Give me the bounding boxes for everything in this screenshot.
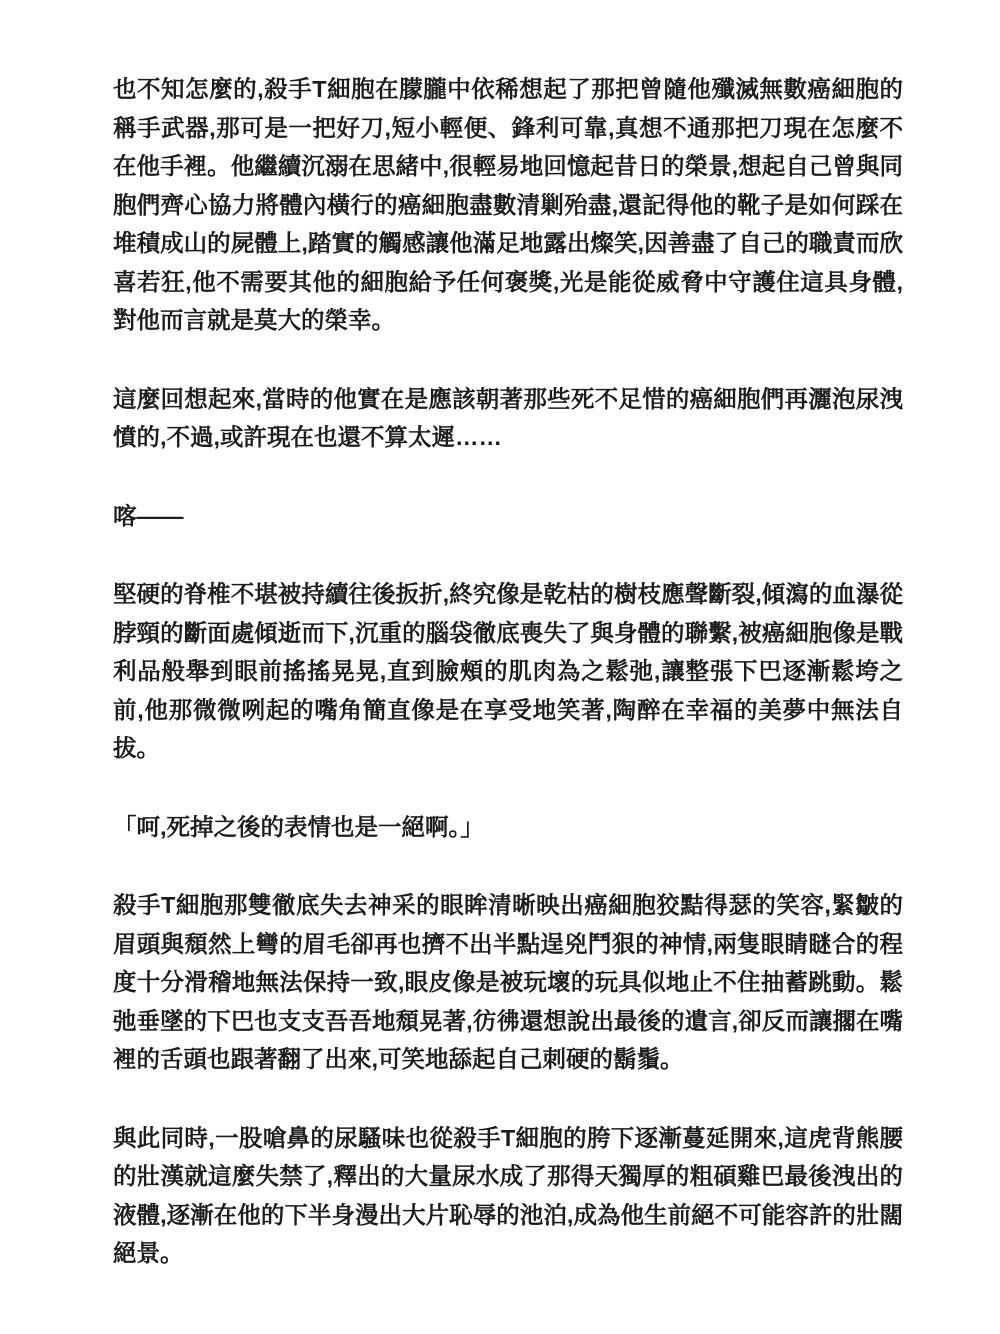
text-body: 也不知怎麼的,殺手T細胞在朦朧中依稀想起了那把曾隨他殲滅無數癌細胞的稱手武器,那…: [113, 70, 903, 1273]
document-page: 也不知怎麼的,殺手T細胞在朦朧中依稀想起了那把曾隨他殲滅無數癌細胞的稱手武器,那…: [0, 0, 1000, 1334]
paragraph: 也不知怎麼的,殺手T細胞在朦朧中依稀想起了那把曾隨他殲滅無數癌細胞的稱手武器,那…: [113, 70, 903, 340]
paragraph: 與此同時,一股嗆鼻的尿騷味也從殺手T細胞的胯下逐漸蔓延開來,這虎背熊腰的壯漢就這…: [113, 1119, 903, 1273]
paragraph: 喀——: [113, 497, 903, 536]
paragraph: 殺手T細胞那雙徹底失去神采的眼眸清晰映出癌細胞狡黠得瑟的笑容,緊皺的眉頭與頹然上…: [113, 886, 903, 1079]
paragraph: 堅硬的脊椎不堪被持續往後扳折,終究像是乾枯的樹枝應聲斷裂,傾瀉的血瀑從脖頸的斷面…: [113, 575, 903, 768]
paragraph: 這麼回想起來,當時的他實在是應該朝著那些死不足惜的癌細胞們再灑泡尿洩憤的,不過,…: [113, 380, 903, 457]
paragraph: 「呵,死掉之後的表情也是一絕啊。」: [113, 808, 903, 847]
